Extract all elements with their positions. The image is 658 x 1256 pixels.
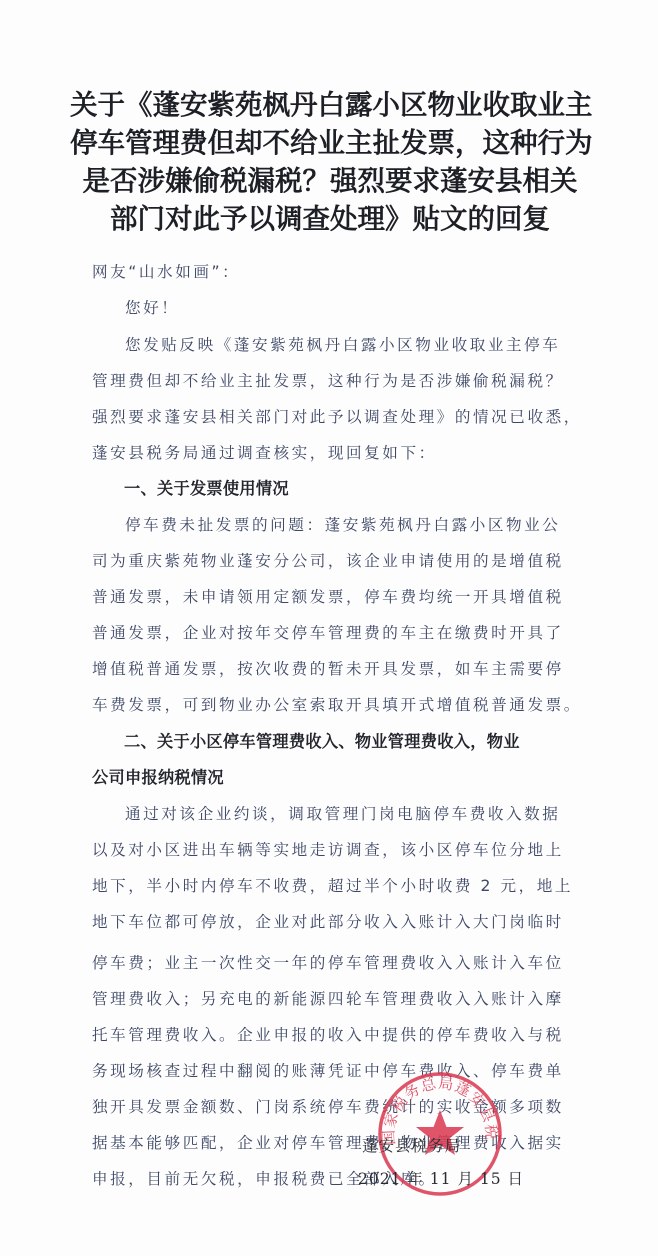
intro-line: 蓬安县税务局通过调查核实，现回复如下： xyxy=(92,443,572,463)
section-body-line: 管理费收入；另充电的新能源四轮车管理费收入入账计入摩 xyxy=(92,989,572,1009)
section-body-line: 地下，半小时内停车不收费，超过半个小时收费 2 元，地上 xyxy=(92,876,572,896)
section-body-line: 停车费；业主一次性交一年的停车管理费收入入账计入车位 xyxy=(92,953,572,973)
title-line: 部门对此予以调查处理》贴文的回复 xyxy=(70,200,590,238)
section-heading: 一、关于发票使用情况 xyxy=(124,479,289,499)
section-body-line: 车费发票，可到物业办公室索取开具填开式增值税普通发票。 xyxy=(92,695,572,715)
section-heading: 公司申报纳税情况 xyxy=(92,768,224,788)
title-line: 是否涉嫌偷税漏税？强烈要求蓬安县相关 xyxy=(70,162,590,200)
section-body-line: 托车管理费收入。企业申报的收入中提供的停车费收入与税 xyxy=(92,1025,572,1045)
section-body-line: 通过对该企业约谈，调取管理门岗电脑停车费收入数据 xyxy=(125,804,605,824)
section-body-line: 增值税普通发票，按次收费的暂未开具发票，如车主需要停 xyxy=(92,659,572,679)
greeting: 您好！ xyxy=(125,298,605,318)
intro-line: 您发贴反映《蓬安紫苑枫丹白露小区物业收取业主停车 xyxy=(125,335,605,355)
section-body-line: 以及对小区进出车辆等实地走访调查，该小区停车位分地上 xyxy=(92,840,572,860)
section-body-line: 停车费未扯发票的问题：蓬安紫苑枫丹白露小区物业公 xyxy=(125,515,605,535)
section-body-line: 普通发票，未申请领用定额发票，停车费均统一开具增值税 xyxy=(92,587,572,607)
title-line: 停车管理费但却不给业主扯发票，这种行为 xyxy=(70,124,590,162)
document-page: 关于《蓬安紫苑枫丹白露小区物业收取业主 停车管理费但却不给业主扯发票，这种行为 … xyxy=(0,0,658,1256)
section-body-line: 普通发票，企业对按年交停车管理费的车主在缴费时开具了 xyxy=(92,623,572,643)
document-title: 关于《蓬安紫苑枫丹白露小区物业收取业主 停车管理费但却不给业主扯发票，这种行为 … xyxy=(70,86,590,238)
intro-line: 管理费但却不给业主扯发票，这种行为是否涉嫌偷税漏税？ xyxy=(92,371,572,391)
signing-organization: 蓬安县税务局 xyxy=(362,1134,461,1156)
signing-date: 2021 年 11 月 15 日 xyxy=(358,1167,524,1189)
section-body-line: 地下车位都可停放，企业对此部分收入入账计入大门岗临时 xyxy=(92,912,572,932)
title-line: 关于《蓬安紫苑枫丹白露小区物业收取业主 xyxy=(70,86,590,124)
salutation: 网友“山水如画”： xyxy=(92,262,572,282)
section-heading: 二、关于小区停车管理费收入、物业管理费收入，物业 xyxy=(124,732,520,752)
intro-line: 强烈要求蓬安县相关部门对此予以调查处理》的情况已收悉， xyxy=(92,407,572,427)
section-body-line: 司为重庆紫苑物业蓬安分公司，该企业申请使用的是增值税 xyxy=(92,551,572,571)
